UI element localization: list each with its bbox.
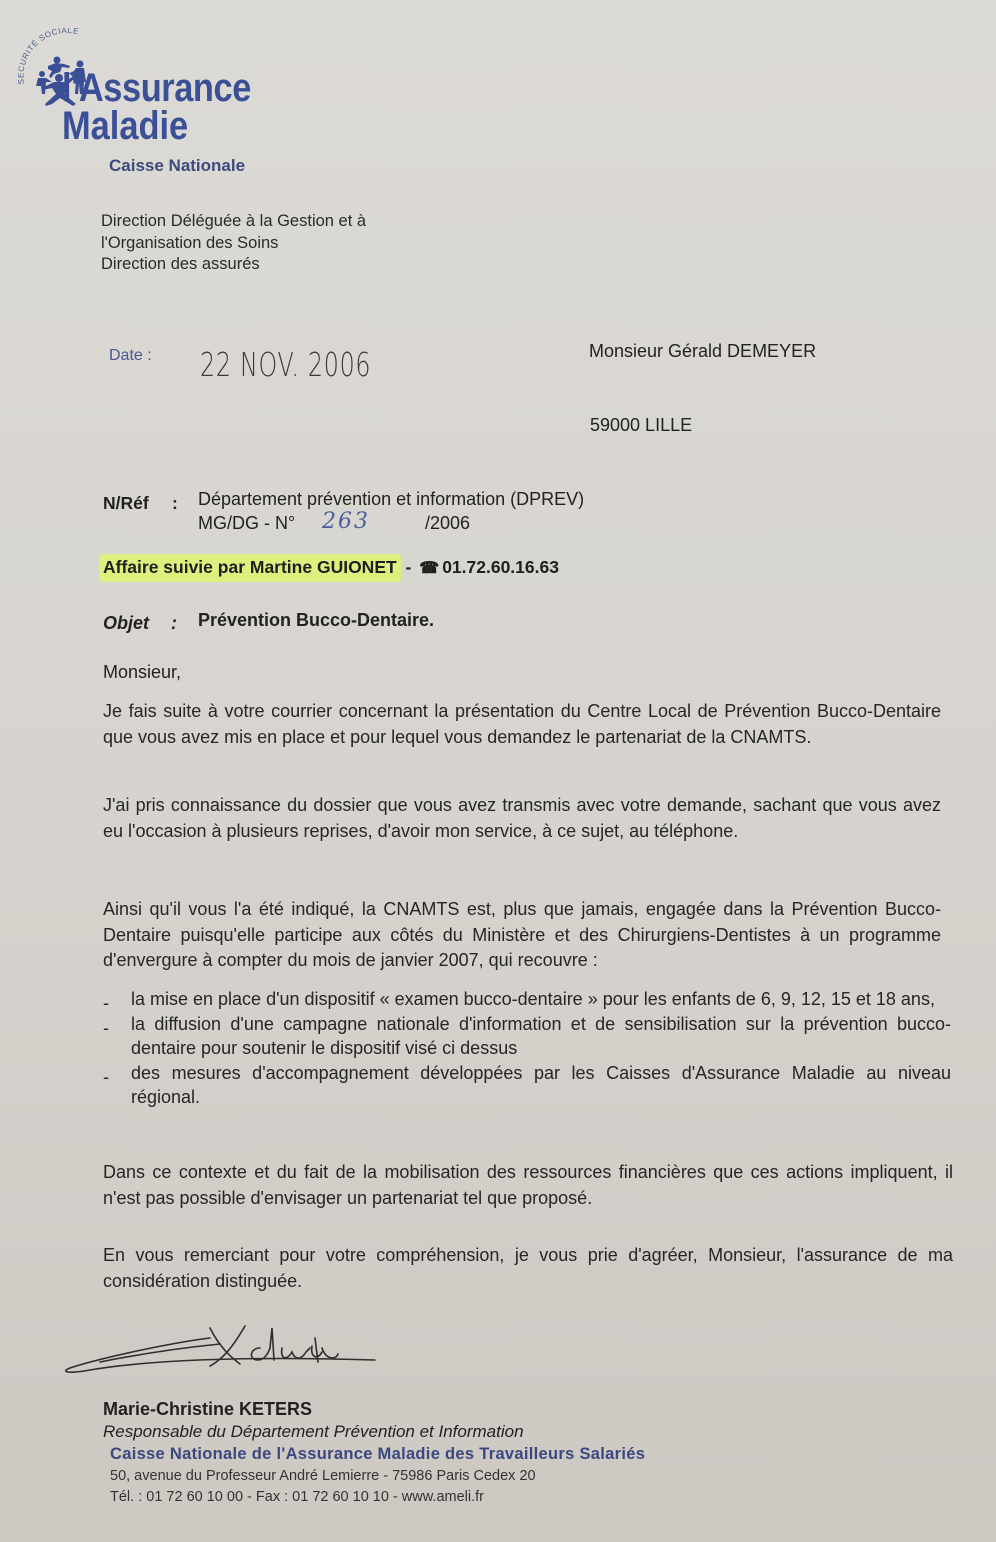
reference-label: N/Réf bbox=[103, 493, 149, 514]
sender-direction: Direction Déléguée à la Gestion et à l'O… bbox=[101, 211, 366, 276]
recipient-name: Monsieur Gérald DEMEYER bbox=[589, 341, 816, 362]
body-paragraph: Je fais suite à votre courrier concernan… bbox=[103, 699, 941, 750]
list-item: la mise en place d'un dispositif « exame… bbox=[103, 987, 951, 1012]
reference-code: MG/DG - N° bbox=[198, 513, 295, 534]
recipient-city: 59000 LILLE bbox=[590, 415, 692, 436]
reference-colon: : bbox=[172, 493, 178, 514]
telephone-icon: ☎ bbox=[419, 560, 439, 577]
program-measures-list: la mise en place d'un dispositif « exame… bbox=[103, 987, 951, 1110]
logo-subtitle: Caisse Nationale bbox=[109, 156, 245, 176]
list-item: la diffusion d'une campagne nationale d'… bbox=[103, 1012, 951, 1061]
body-paragraph: Ainsi qu'il vous l'a été indiqué, la CNA… bbox=[103, 897, 941, 974]
reference-department: Département prévention et information (D… bbox=[198, 489, 584, 510]
date-stamp: 22 NOV. 2006 bbox=[200, 345, 371, 384]
subject-label: Objet bbox=[103, 613, 149, 634]
body-paragraph: Dans ce contexte et du fait de la mobili… bbox=[103, 1160, 953, 1211]
direction-line: Direction des assurés bbox=[101, 254, 366, 276]
case-handler-separator: - bbox=[401, 557, 417, 577]
reference-year: /2006 bbox=[425, 513, 470, 534]
signatory-title: Responsable du Département Prévention et… bbox=[103, 1422, 524, 1442]
salutation: Monsieur, bbox=[103, 662, 181, 683]
footer-organization-name: Caisse Nationale de l'Assurance Maladie … bbox=[110, 1445, 645, 1464]
case-handler-line: Affaire suivie par Martine GUIONET - ☎01… bbox=[99, 557, 559, 578]
footer-address: 50, avenue du Professeur André Lemierre … bbox=[110, 1468, 536, 1484]
subject-colon: : bbox=[171, 613, 177, 634]
logo-title-assurance: l'Assurance bbox=[62, 70, 251, 106]
body-paragraph: En vous remerciant pour votre compréhens… bbox=[103, 1243, 953, 1294]
direction-line: Direction Déléguée à la Gestion et à bbox=[101, 211, 366, 233]
signatory-name: Marie-Christine KETERS bbox=[103, 1399, 312, 1420]
logo-title-maladie: Maladie bbox=[62, 106, 188, 146]
subject-text: Prévention Bucco-Dentaire. bbox=[198, 610, 434, 631]
list-item: des mesures d'accompagnement développées… bbox=[103, 1061, 951, 1110]
case-handler-highlight: Affaire suivie par Martine GUIONET bbox=[99, 554, 401, 582]
body-paragraph: J'ai pris connaissance du dossier que vo… bbox=[103, 793, 941, 844]
handwritten-signature-icon bbox=[60, 1318, 390, 1388]
date-label: Date : bbox=[109, 347, 152, 365]
direction-line: l'Organisation des Soins bbox=[101, 233, 366, 255]
reference-handwritten-number: 263 bbox=[322, 509, 370, 534]
case-handler-phone: 01.72.60.16.63 bbox=[442, 557, 559, 577]
footer-contact: Tél. : 01 72 60 10 00 - Fax : 01 72 60 1… bbox=[110, 1489, 484, 1505]
